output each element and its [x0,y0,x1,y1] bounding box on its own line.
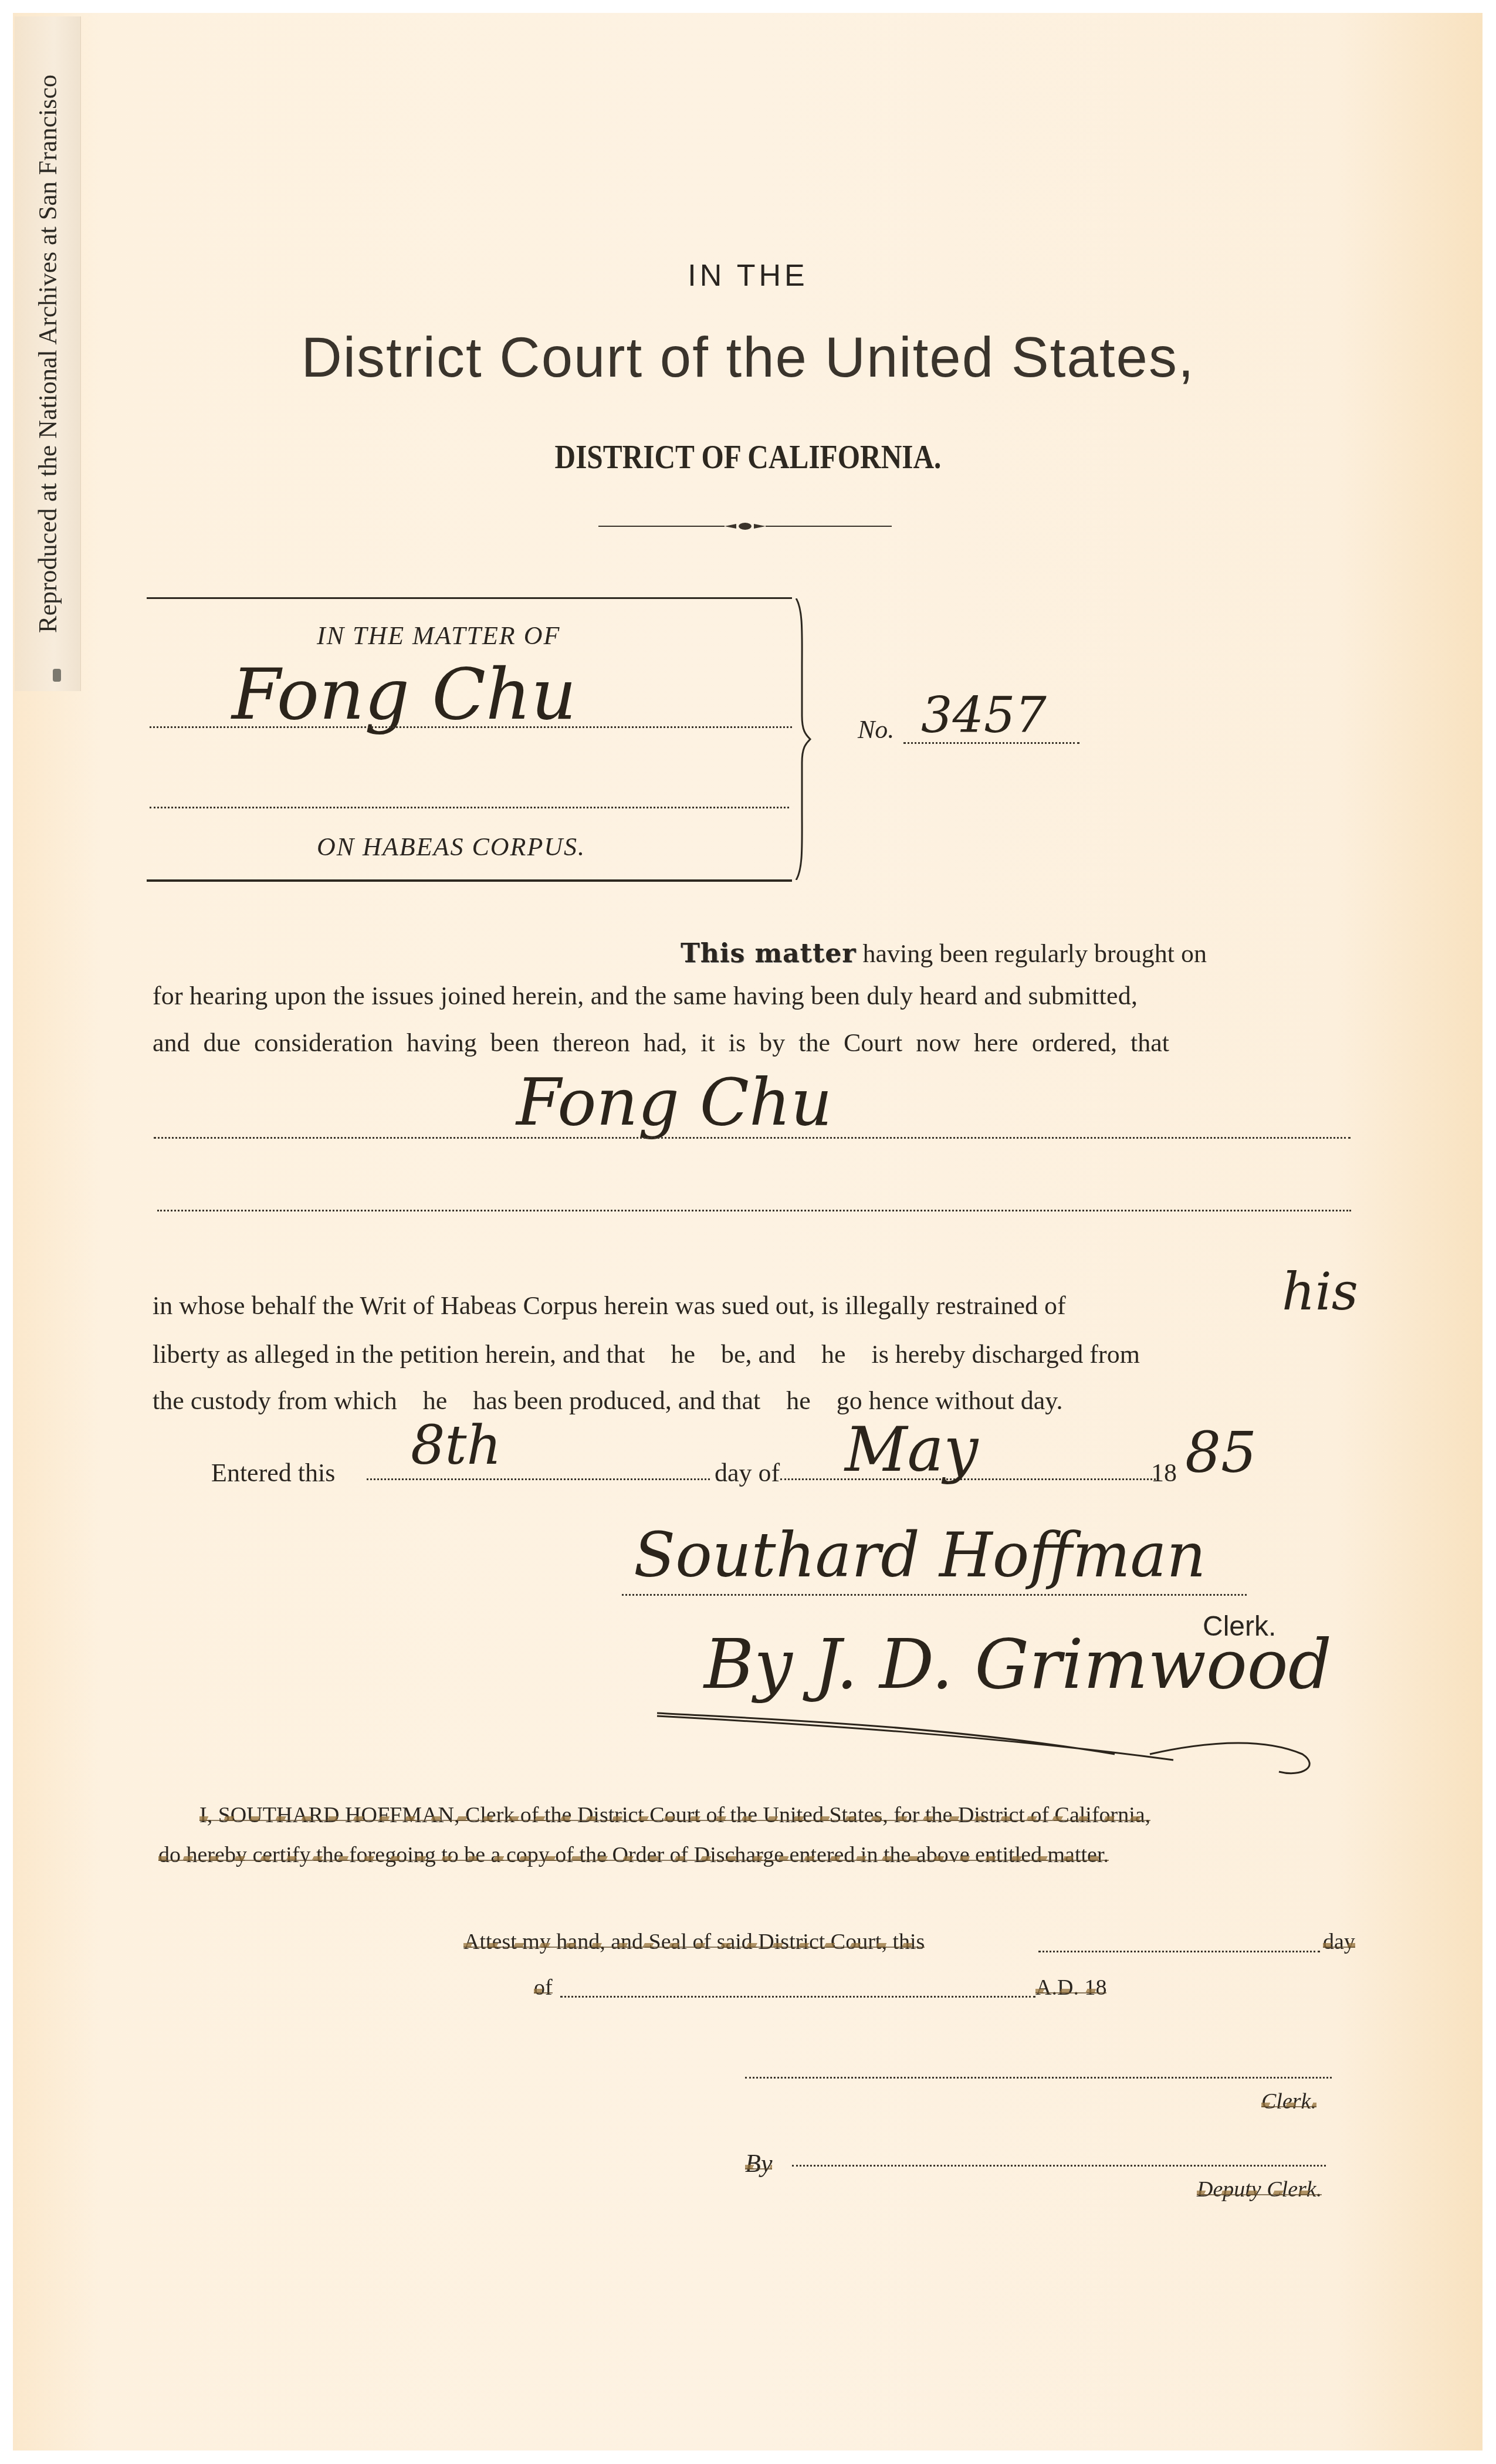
cert-clerk-line [745,2077,1332,2079]
attest-line: Attest my hand, and Seal of said Distric… [463,1930,925,1954]
order-line-3: and due consideration having been thereo… [153,1028,1169,1058]
clerk-signature[interactable]: Southard Hoffman [634,1519,1206,1591]
deputy-signature[interactable]: By J. D. Grimwood [704,1625,1332,1704]
caption-blank-line [150,807,789,808]
caption-bottom-rule [147,879,792,882]
entered-this-label: Entered this [211,1458,335,1488]
cert-clerk-label: Clerk. [1261,2089,1316,2114]
certificate-line-2: do hereby certify the foregoing to be a … [158,1843,1109,1867]
case-number-handwritten[interactable]: 3457 [921,686,1047,744]
entered-year-handwritten[interactable]: 85 [1185,1420,1257,1485]
order-line-4: in whose behalf the Writ of Habeas Corpu… [153,1291,1066,1321]
attest-ad-label: A.D. 18 [1035,1975,1106,2000]
pronoun-handwritten[interactable]: his [1282,1261,1358,1322]
cert-deputy-clerk-label: Deputy Clerk. [1197,2177,1322,2202]
court-title: District Court of the United States, [0,326,1496,390]
case-number-label: No. [858,715,894,744]
order-line-6: the custody from which he has been produ… [153,1386,1062,1416]
attest-day-label: day [1323,1930,1355,1954]
discharged-name-handwritten[interactable]: Fong Chu [516,1065,832,1140]
attest-day-line [1038,1951,1320,1952]
day-of-label: day of [715,1458,780,1488]
order-line-5: liberty as alleged in the petition herei… [153,1339,1140,1369]
attest-of-label: of [534,1975,553,2000]
entered-day-line [367,1478,710,1480]
attest-month-line [560,1996,1035,1998]
cert-by-label: By [745,2149,772,2178]
district-title: DISTRICT OF CALIFORNIA. [112,437,1384,476]
entered-day-handwritten[interactable]: 8th [411,1414,502,1477]
on-habeas-corpus-label: ON HABEAS CORPUS. [317,832,585,862]
header-in-the: IN THE [0,258,1496,293]
signature-flourish-icon [645,1701,1349,1783]
curly-brace-icon [795,598,813,880]
petitioner-name-handwritten[interactable]: Fong Chu [232,654,577,736]
cert-deputy-line [792,2165,1326,2167]
pin-mark [53,669,61,682]
order-lead-blackletter: This matter [681,939,856,969]
year-prefix: 18 [1151,1458,1177,1488]
certificate-line-1: I, SOUTHARD HOFFMAN, Clerk of the Distri… [199,1803,1150,1827]
petitioner-name-line [150,726,792,728]
order-line-1: having been regularly brought on [862,939,1207,968]
ornament-divider-icon [598,522,892,530]
in-the-matter-of-label: IN THE MATTER OF [317,621,560,651]
entered-month-handwritten[interactable]: May [845,1414,978,1485]
caption-top-rule [147,597,792,599]
name-line-2 [157,1210,1351,1211]
clerk-signature-line [622,1594,1247,1596]
order-line-2: for hearing upon the issues joined herei… [153,981,1138,1011]
name-line-1 [154,1137,1351,1139]
